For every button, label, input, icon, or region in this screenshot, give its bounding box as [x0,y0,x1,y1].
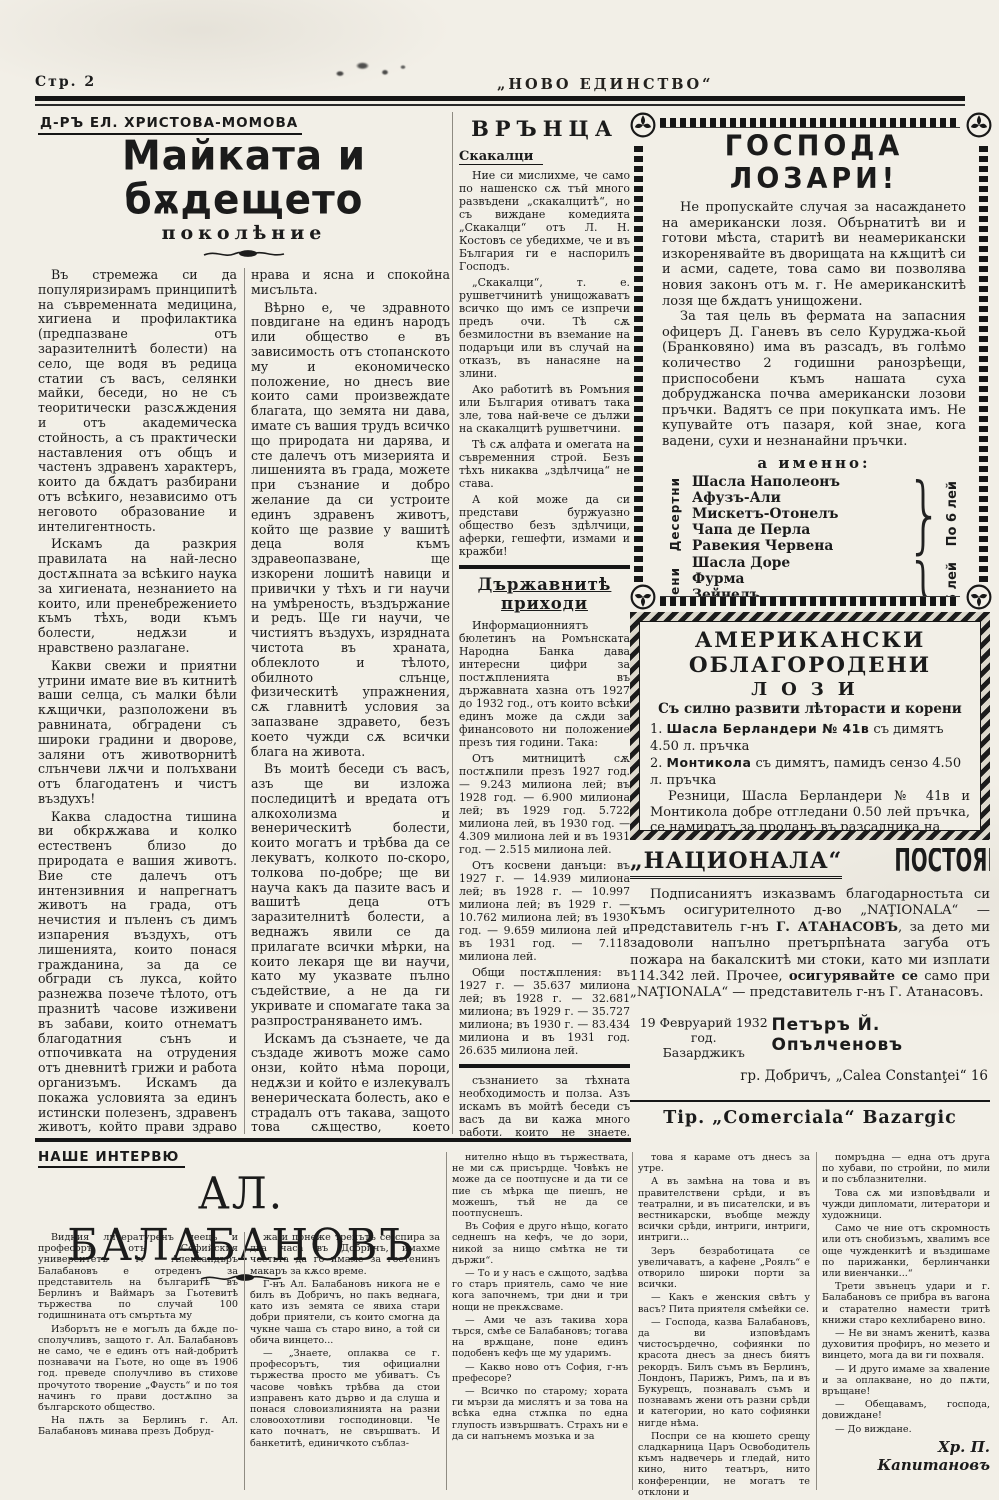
ad-amerikanski-lozi: АМЕРИКАНСКИ ОБЛАГОРОДЕНИ ЛОЗИ Съ силно р… [630,612,990,840]
column-divider [632,1152,633,1490]
section-subhead-skakalci: Скакалци [459,149,543,165]
item-name: Шасла Берландери № 41в [667,721,870,736]
column-divider [816,1152,817,1490]
flourish-icon [202,248,286,260]
interview-column-5: помръдна — една отъ друга по хубави, по … [822,1152,990,1496]
column-divider [452,112,453,1134]
emphasized-name: Г. АТАНАСОВЪ [776,920,898,935]
ad-lozari-content: ГОСПОДА ЛОЗАРИ! Не пропускайте случая за… [650,128,974,596]
article-paragraph: Въ стремежа си да популяризирамъ принцип… [38,268,237,534]
article-paragraph: А кой може да си представи буржуазно общ… [459,493,630,558]
interview-column-1: Видния литературенъ деецъ и професоръ от… [38,1232,238,1492]
place-line: Базарджикъ [636,1045,771,1060]
variety-item: Фурма [692,571,904,587]
ad-nationala-header: „НАЦИОНАЛА“ ПОСТОЯННО ПЛАЩА [630,848,990,879]
interview-paragraph: — И друго имаме за хваление и за оплаква… [822,1364,990,1398]
interview-paragraph: — Не ви знамъ женитѣ, казва духовития пр… [822,1328,990,1362]
newspaper-page: Стр. 2 „НОВО ЕДИНСТВО“ Д-РЪ ЕЛ. ХРИСТОВА… [0,0,999,1500]
interview-paragraph: Трети звънецъ удари и г. Балабановъ се п… [822,1281,990,1326]
ad-nationala-address: гр. Добричъ, „Calea Constanţei“ 16 [630,1068,990,1084]
interview-paragraph: Поспри се на кюшето срещу сладкарница Ца… [638,1431,810,1496]
article-title: Майката и бѫдещето [38,135,450,222]
ad-paragraph: За тая цель въ фермата на запасния офице… [662,309,966,449]
skakalci-body: Ние си мислихме, че само по нашенско сѫ … [459,169,630,558]
variety-item: Шасла Доре [692,555,904,571]
interview-author-signature: Хр. П. Капитановъ [822,1438,990,1474]
date-line: 19 Февруарий 1932 год. [636,1015,771,1045]
ad-nationala-footer: 19 Февруарий 1932 год. Базарджикъ Петъръ… [630,1015,990,1060]
variety-item: Зейнелъ [692,587,904,596]
article-paragraph: Общи постѫпления: въ 1927 г. — 35.637 ми… [459,966,630,1057]
ad-lozi-title-line2: ЛОЗИ [650,679,970,700]
ad-lozi-paragraph: Резници, Шасла Берландери № 41в и Монтик… [650,789,970,831]
ad-lozari-body: Не пропускайте случая за насаждането на … [662,200,966,450]
variety-item: Мискетъ-Отонелъ [692,506,904,522]
article-maikata-i-badeshteto: Д-РЪ ЕЛ. ХРИСТОВА-МОМОВА Майката и бѫдещ… [38,112,450,1134]
variety-group-label: Десертни [668,477,682,551]
article-paragraph: Ако работитѣ въ Ромъния или България оти… [459,383,630,435]
middle-column: ВРЪНЦА Скакалци Ние си мислихме, че само… [459,112,630,1136]
ad-gospoda-lozari: ГОСПОДА ЛОЗАРИ! Не пропускайте случая за… [630,112,990,608]
interview-column-5-text: помръдна — една отъ друга по хубави, по … [822,1152,990,1435]
interview-paragraph: А въ замѣна на това и въ правителствени … [638,1176,810,1243]
masthead-title: „НОВО ЕДИНСТВО“ [497,76,714,93]
article-paragraph: Въ моитѣ беседи съ васъ, азъ ще ви излож… [251,762,450,1028]
emphasized-text: осигурявайте се [789,969,918,984]
ad-nationala-paragraph: Подписаниятъ изказвамъ благодарностьта с… [630,887,990,1002]
variety-price: По 6 лей [945,481,960,546]
variety-list: Шасла ДореФурмаЗейнелъФетяскаДе ла розъ [686,555,904,596]
ad-nationala-slogan: ПОСТОЯННО ПЛАЩА [895,848,990,879]
item-number: 2. [650,756,662,771]
interview-paragraph: — Обещавамъ, господа, довиждане! [822,1399,990,1421]
interview-paragraph: — Какво ново отъ София, г-нъ префесоре? [452,1362,628,1384]
ornament-border-bottom [660,596,960,606]
variety-item: Афузъ-Али [692,490,904,506]
article-author: Д-РЪ ЕЛ. ХРИСТОВА-МОМОВА [38,115,302,135]
ad-lozi-subtitle: Съ силно развити лѣторасти и корени [650,701,970,717]
interview-paragraph: На пѫть за Берлинъ г. Ал. Балабановъ мин… [38,1415,238,1437]
interview-paragraph: — Всичко по старому; хората ги мързи да … [452,1386,628,1442]
item-name: Монтикола [667,755,752,770]
interview-paragraph: — Ами че азъ такива хора търся, смѣе се … [452,1315,628,1360]
continuation-body: съзнанието за тѣхната необходимость и по… [459,1074,630,1136]
section-header-vrnca: ВРЪНЦА [459,116,630,141]
header-rule-thin [35,104,965,106]
interview-paragraph: — То и у насъ е сѫщото, задѣва го старъ … [452,1268,628,1313]
ink-smudge [322,58,412,84]
section-header-prihodi: Държавнитѣ приходи [459,575,630,613]
interview-paragraph: жа и понеже тренътъ се спира за два часа… [250,1232,440,1277]
ad-lozi-item: 1. Шасла Берландери № 41в съ димятъ 4.50… [650,721,970,755]
ad-nationala-name: „НАЦИОНАЛА“ [630,848,842,879]
column-divider [244,1232,245,1490]
interview-paragraph: — До виждане. [822,1424,990,1435]
ad-lozi-content: АМЕРИКАНСКИ ОБЛАГОРОДЕНИ ЛОЗИ Съ силно р… [639,621,981,831]
interview-paragraph: — „Знаете, оплаква се г. професорътъ, ти… [250,1348,440,1449]
article-paragraph: Ние си мислихме, че само по нашенско сѫ … [459,169,630,273]
ornament-border-top [660,118,960,128]
ad-lozi-item: 2. Монтикола съ димятъ, памидъ сензо 4.5… [650,755,970,789]
section-rule [459,565,630,569]
ornament-border-right [979,142,988,582]
article-paragraph: Отъ косвени данъци: въ 1927 г. — 14.939 … [459,859,630,963]
interview-paragraph: Видния литературенъ деецъ и професоръ от… [38,1232,238,1322]
section-rule [459,1064,630,1068]
article-paragraph: „Скакалци“, т. е. рушветчинитѣ унищожава… [459,276,630,380]
prihodi-body: Информационниятъ бюлетинъ на Ромънската … [459,619,630,1057]
interview-paragraph: нително нѣщо въ тържествата, не ми сѫ пр… [452,1152,628,1219]
interview-paragraph: Г-нъ Ал. Балабановъ никога не е билъ въ … [250,1279,440,1346]
interview-paragraph: — Господа, казва Балабановъ, да ви изпов… [638,1317,810,1429]
ad-lozi-title-line1: АМЕРИКАНСКИ ОБЛАГОРОДЕНИ [650,628,970,678]
ad-nationala-signature: Петъръ Й. Опълченовъ [771,1015,984,1055]
printer-imprint: Tip. „Comerciala“ Bazargic [630,1100,990,1128]
section-separator [35,1138,631,1142]
variety-item: Шасла Наполеонъ [692,474,904,490]
interview-kicker: НАШЕ ИНТЕРВЮ [38,1149,185,1168]
article-paragraph: Тѣ сѫ алфата и омегата на съвременния ст… [459,438,630,490]
interview-column-3: нително нѣщо въ тържествата, не ми сѫ пр… [452,1152,628,1496]
article-subtitle: поколѣние [38,222,450,244]
interview-paragraph: помръдна — една отъ друга по хубави, по … [822,1152,990,1186]
ad-nationala-date: 19 Февруарий 1932 год. Базарджикъ [636,1015,771,1060]
interview-paragraph: Зеръ безработицата се увеличаватъ, а каф… [638,1246,810,1291]
interview-column-4: това я караме отъ днесъ за утре.А въ зам… [638,1152,810,1496]
item-number: 1. [650,722,662,737]
variety-group-label: Винени [668,567,682,596]
ad-nationala: „НАЦИОНАЛА“ ПОСТОЯННО ПЛАЩА Подписаниятъ… [630,848,990,1098]
ad-paragraph: Не пропускайте случая за насаждането на … [662,200,966,309]
article-paragraph: Вѣрно е, че здравното повдигане на единъ… [251,301,450,760]
page-number-label: Стр. 2 [35,74,96,90]
interview-paragraph: Това сѫ ми изповѣдвали и чужди дипломати… [822,1188,990,1222]
header-rule [35,96,965,101]
variety-item: Чапа де Перла [692,522,904,538]
variety-group-vineni: Винени Шасла ДореФурмаЗейнелъФетяскаДе л… [668,555,960,596]
article-paragraph: Искамъ да разкрия правилата на най-лесно… [38,537,237,655]
interview-paragraph: това я караме отъ днесъ за утре. [638,1152,810,1174]
variety-item: Равекия Червена [692,538,904,554]
interview-column-2: жа и понеже тренътъ се спира за два часа… [250,1232,440,1492]
variety-list: Шасла НаполеонъАфузъ-АлиМискетъ-ОтонелъЧ… [686,474,904,555]
article-paragraph: Информационниятъ бюлетинъ на Ромънската … [459,619,630,749]
flourish-ornament [38,245,450,264]
column-divider [446,1152,447,1490]
ad-lozari-title: ГОСПОДА ЛОЗАРИ! [662,130,966,195]
article-paragraph: Какви свежи и приятни утрини имате вие в… [38,659,237,807]
interview-paragraph: Въ София е друго нѣщо, когато седнешъ на… [452,1221,628,1266]
ornament-border-left [634,142,643,582]
article-body: Въ стремежа си да популяризирамъ принцип… [38,268,450,1134]
article-paragraph: съзнанието за тѣхната необходимость и по… [459,1074,630,1136]
variety-group-desertni: Десертни Шасла НаполеонъАфузъ-АлиМискетъ… [668,474,960,555]
interview-paragraph: Само че ние отъ скромность или отъ сноби… [822,1223,990,1279]
article-paragraph: Отъ митницитѣ сѫ постѫпили презъ 1927 го… [459,752,630,856]
variety-price: По 5 лей [945,562,960,596]
interview-paragraph: — Какъ е женския свѣтъ у васъ? Пита прия… [638,1292,810,1314]
interview-paragraph: Изборътъ не е могълъ да бѫде по-сполучли… [38,1324,238,1414]
